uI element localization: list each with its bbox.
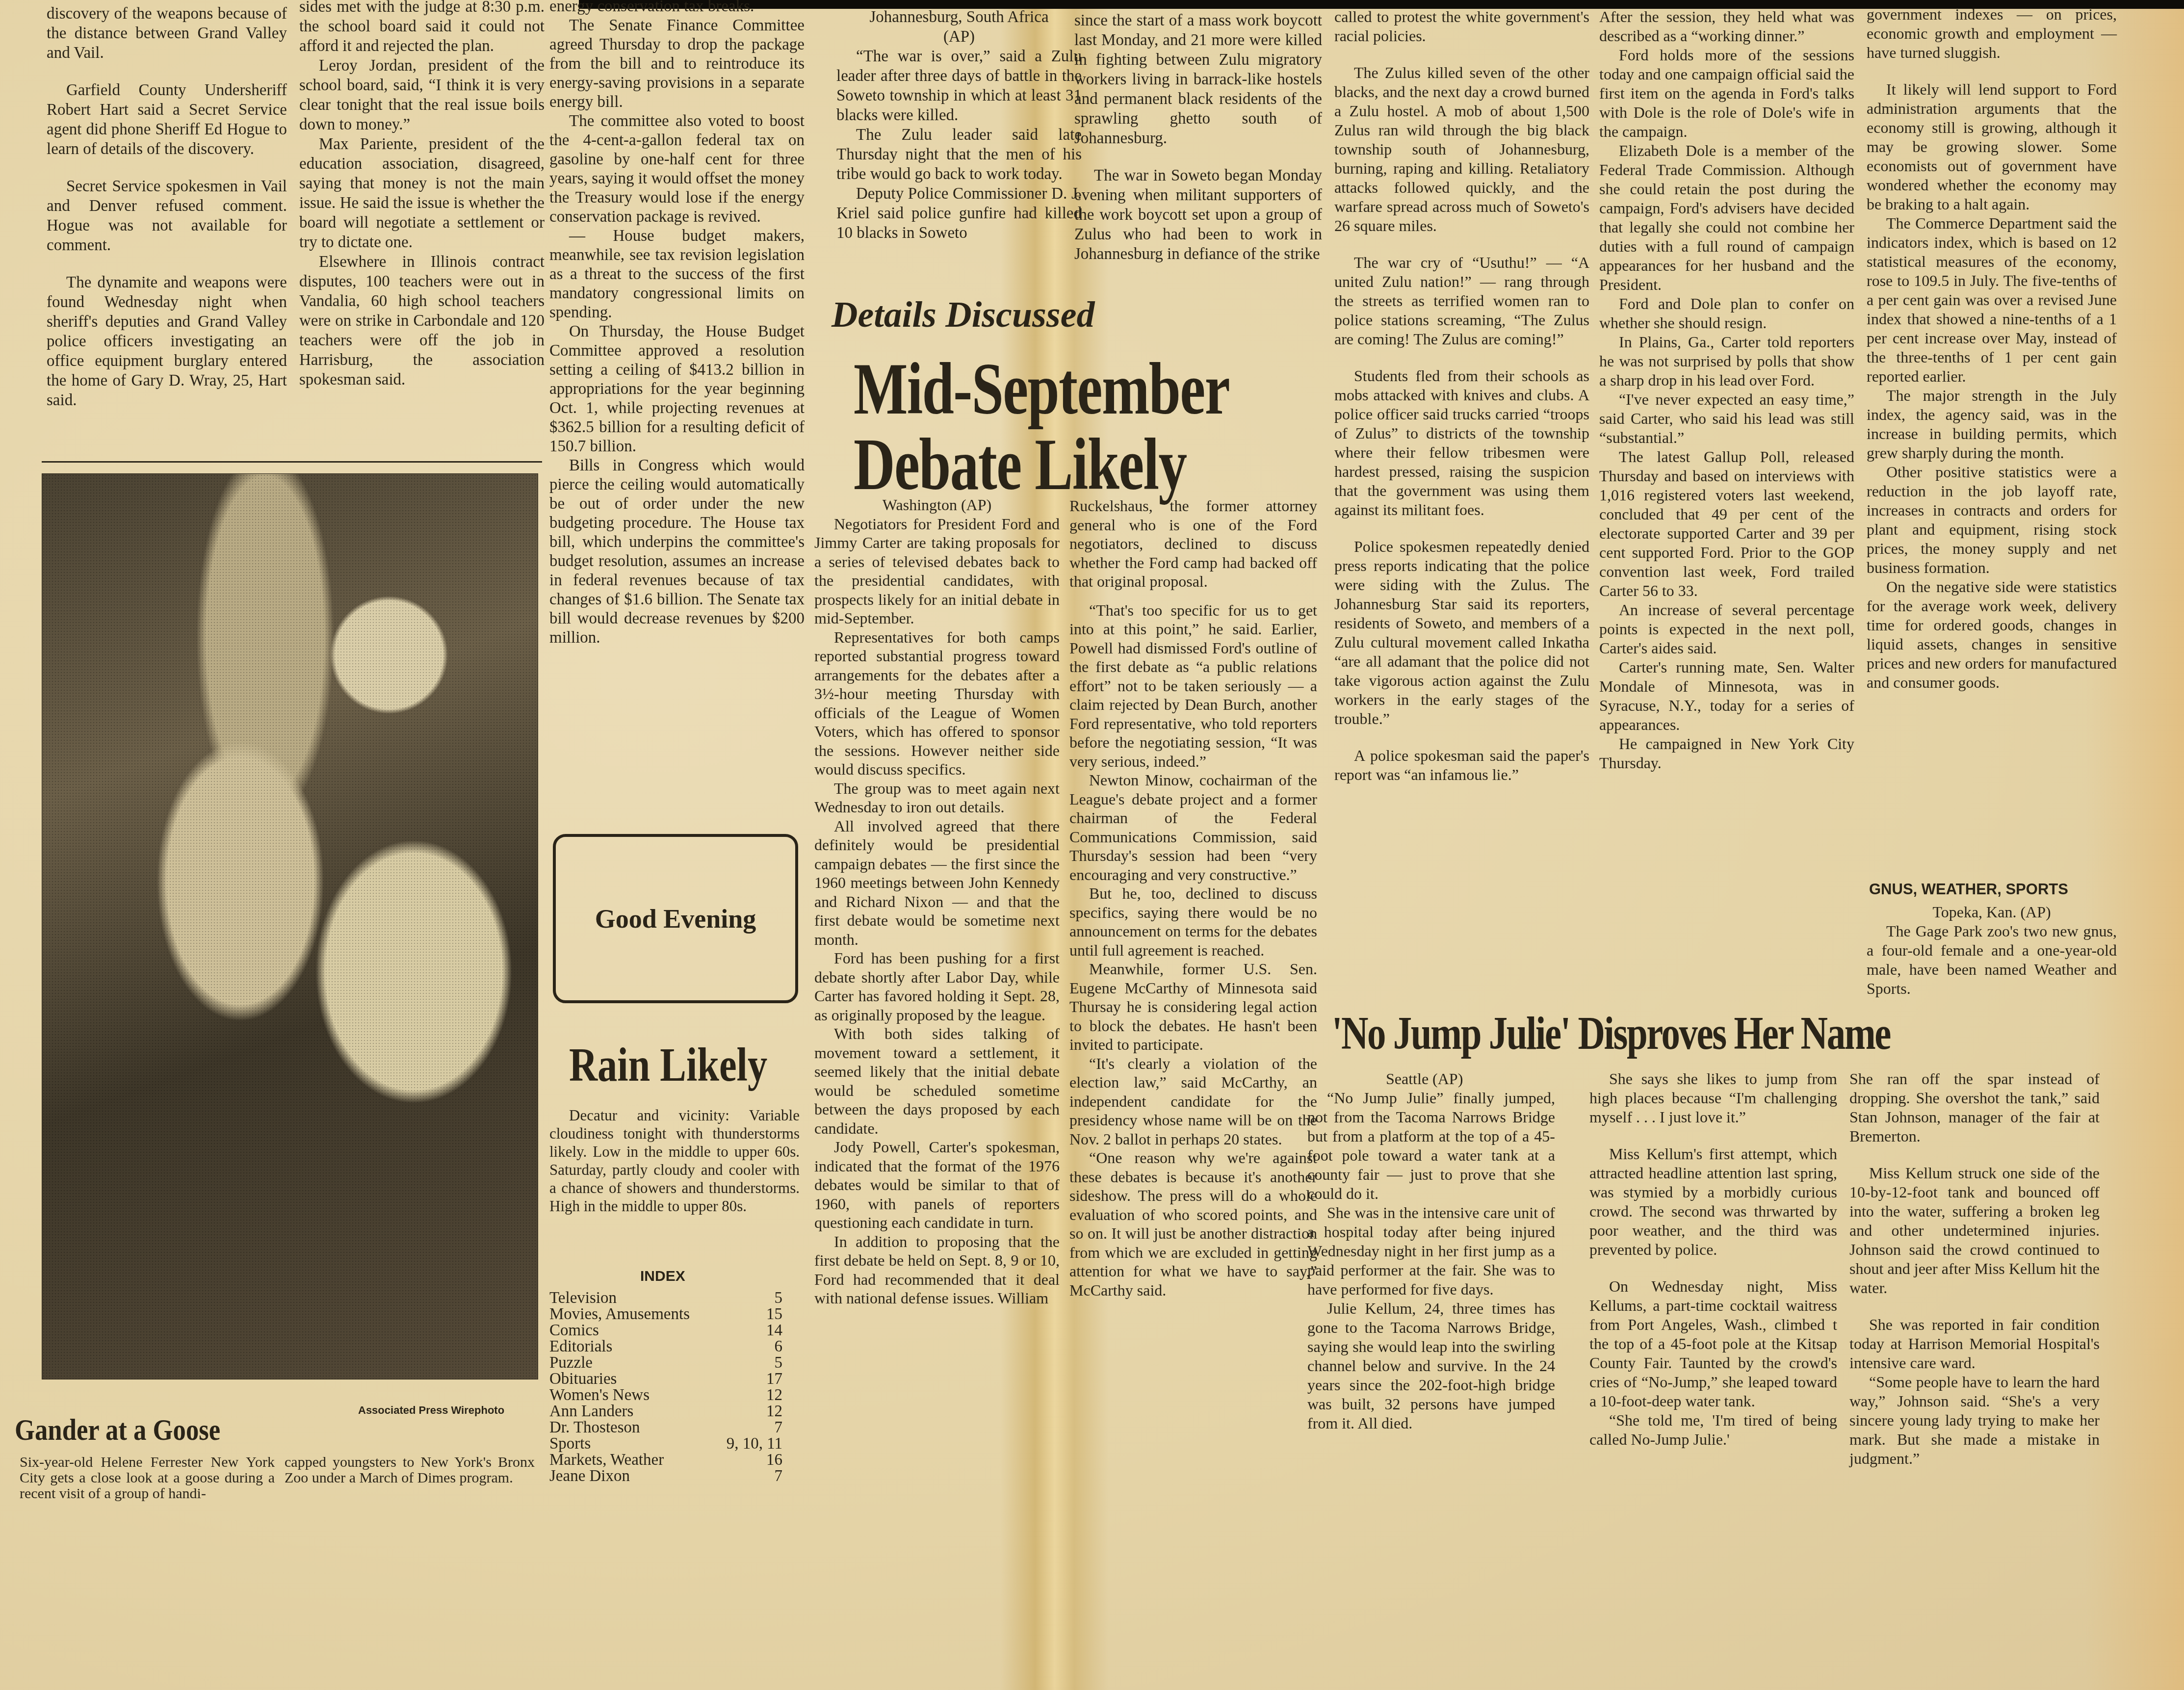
column-vail-weapons: discovery of the weapons because of the … — [47, 4, 287, 410]
weather-forecast: Decatur and vicinity: Variable cloudines… — [549, 1106, 800, 1215]
photo-credit: Associated Press Wirephoto — [358, 1404, 504, 1417]
index-item-television: Television5 — [549, 1290, 782, 1306]
goose-photo — [42, 473, 538, 1379]
paragraph: Max Pariente, president of the education… — [299, 134, 545, 252]
paragraph: On Thursday, the House Budget Committee … — [549, 322, 805, 456]
index-item-womens-news: Women's News12 — [549, 1387, 782, 1404]
paragraph: — House budget makers, meanwhile, see ta… — [549, 227, 805, 322]
paragraph: Jody Powell, Carter's spokesman, indicat… — [814, 1138, 1060, 1232]
divider-rule — [42, 461, 542, 463]
paragraph: Meanwhile, former U.S. Sen. Eugene McCar… — [1069, 960, 1317, 1054]
paragraph: “No Jump Julie” finally jumped, not from… — [1307, 1089, 1555, 1203]
index-title: INDEX — [640, 1268, 685, 1285]
paragraph: With both sides talking of movement towa… — [814, 1024, 1060, 1138]
caption-text: capped youngsters to New York's Bronx Zo… — [285, 1455, 535, 1486]
index-list: Television5 Movies, Amusements15 Comics1… — [549, 1290, 782, 1484]
paragraph: The war cry of “Usuthu!” — “A united Zul… — [1334, 253, 1589, 349]
paragraph: Garfield County Undersheriff Robert Hart… — [47, 80, 287, 159]
zulu-story-col-a: Johannesburg, South Africa (AP) “The war… — [836, 7, 1082, 243]
paragraph: Secret Service spokesmen in Vail and Den… — [47, 177, 287, 255]
column-dole-carter: After the session, they held what was de… — [1599, 7, 1854, 773]
paragraph: government indexes — on prices, economic… — [1867, 5, 2117, 62]
paragraph: A police spokesman said the paper's repo… — [1334, 746, 1589, 784]
index-item-comics: Comics14 — [549, 1323, 782, 1339]
julie-story-col-a: Seattle (AP) “No Jump Julie” finally jum… — [1307, 1069, 1555, 1433]
paragraph: since the start of a mass work boycott l… — [1074, 11, 1322, 148]
paragraph: She was in the intensive care unit of a … — [1307, 1203, 1555, 1299]
julie-headline: 'No Jump Julie' Disproves Her Name — [1332, 1006, 1890, 1060]
paragraph: Miss Kellum struck one side of the 10-by… — [1849, 1164, 2100, 1298]
gnus-headline: GNUS, WEATHER, SPORTS — [1869, 881, 2068, 898]
debate-kicker: Details Discussed — [832, 294, 1095, 336]
debate-headline-line1: Mid-September — [854, 352, 1229, 426]
julie-story-col-c: She ran off the spar instead of dropping… — [1849, 1069, 2100, 1468]
paragraph: discovery of the weapons because of the … — [47, 4, 287, 63]
paragraph: Elizabeth Dole is a member of the Federa… — [1599, 141, 1854, 294]
paragraph: An increase of several percentage points… — [1599, 600, 1854, 658]
index-item-sports: Sports9, 10, 11 — [549, 1436, 782, 1452]
paragraph: The dynamite and weapons were found Wedn… — [47, 273, 287, 410]
photo-headline: Gander at a Goose — [15, 1413, 220, 1448]
index-item-editorials: Editorials6 — [549, 1339, 782, 1355]
paragraph: In Plains, Ga., Carter told reporters he… — [1599, 333, 1854, 390]
paragraph: In addition to proposing that the first … — [814, 1232, 1060, 1308]
paragraph: “I've never expected an easy time,” said… — [1599, 390, 1854, 447]
gnus-dateline: Topeka, Kan. (AP) — [1867, 903, 2117, 922]
debate-story-col-b: Ruckelshaus, the former attorney general… — [1069, 496, 1317, 1300]
paragraph: “It's clearly a violation of the electio… — [1069, 1054, 1317, 1149]
paragraph: “She told me, 'I'm tired of being called… — [1589, 1411, 1837, 1449]
forecast-text: Decatur and vicinity: Variable cloudines… — [549, 1106, 800, 1215]
index-item-dr-thosteson: Dr. Thosteson7 — [549, 1420, 782, 1436]
zulu-story-col-b: since the start of a mass work boycott l… — [1074, 11, 1322, 264]
weather-headline: Rain Likely — [569, 1038, 767, 1092]
good-evening-box: Good Evening — [553, 834, 798, 1003]
paragraph: She says she likes to jump from high pla… — [1589, 1069, 1837, 1127]
paragraph: But he, too, declined to discuss specifi… — [1069, 884, 1317, 960]
paragraph: On the negative side were statistics for… — [1867, 577, 2117, 692]
photo-caption-left: Six-year-old Helene Ferrester New York C… — [20, 1455, 275, 1502]
debate-story-col-a: Washington (AP) Negotiators for Presiden… — [814, 495, 1060, 1308]
good-evening-label: Good Evening — [595, 904, 756, 934]
paragraph: Newton Minow, cochairman of the League's… — [1069, 771, 1317, 884]
gnus-story: Topeka, Kan. (AP) The Gage Park zoo's tw… — [1867, 903, 2117, 998]
paragraph: It likely will lend support to Ford admi… — [1867, 80, 2117, 214]
paragraph: energy conservation tax breaks. — [549, 0, 805, 16]
paragraph: “One reason why we're against these deba… — [1069, 1148, 1317, 1300]
paragraph: called to protest the white government's… — [1334, 7, 1589, 46]
paragraph: Representatives for both camps reported … — [814, 628, 1060, 779]
paragraph: She ran off the spar instead of dropping… — [1849, 1069, 2100, 1146]
paragraph: Ford holds more of the sessions today an… — [1599, 46, 1854, 141]
index-item-ann-landers: Ann Landers12 — [549, 1404, 782, 1420]
paragraph: The Gage Park zoo's two new gnus, a four… — [1867, 922, 2117, 998]
julie-dateline: Seattle (AP) — [1307, 1069, 1555, 1089]
paragraph: The committee also voted to boost the 4-… — [549, 112, 805, 227]
paragraph: Deputy Police Commissioner D. J. Kriel s… — [836, 184, 1082, 243]
paragraph: Police spokesmen repeatedly denied press… — [1334, 537, 1589, 728]
debate-headline-line2: Debate Likely — [854, 428, 1186, 501]
paragraph: The group was to meet again next Wednesd… — [814, 779, 1060, 817]
paragraph: Leroy Jordan, president of the school bo… — [299, 56, 545, 134]
index-item-movies: Movies, Amusements15 — [549, 1306, 782, 1323]
paragraph: The Senate Finance Committee agreed Thur… — [549, 16, 805, 112]
paragraph: Ford and Dole plan to confer on whether … — [1599, 294, 1854, 333]
paragraph: Julie Kellum, 24, three times has gone t… — [1307, 1299, 1555, 1433]
column-economy: government indexes — on prices, economic… — [1867, 5, 2117, 692]
paragraph: Students fled from their schools as mobs… — [1334, 366, 1589, 520]
index-item-jeane-dixon: Jeane Dixon7 — [549, 1468, 782, 1484]
paragraph: Bills in Congress which would pierce the… — [549, 456, 805, 648]
caption-text: Six-year-old Helene Ferrester New York C… — [20, 1455, 275, 1502]
paragraph: “That's too specific for us to get into … — [1069, 601, 1317, 771]
paragraph: On Wednesday night, Miss Kellums, a part… — [1589, 1277, 1837, 1411]
paragraph: Ruckelshaus, the former attorney general… — [1069, 496, 1317, 591]
paragraph: sides met with the judge at 8:30 p.m. th… — [299, 0, 545, 56]
paragraph: “Some people have to learn the hard way,… — [1849, 1373, 2100, 1468]
julie-story-col-b: She says she likes to jump from high pla… — [1589, 1069, 1837, 1449]
paragraph: The Zulus killed seven of the other blac… — [1334, 63, 1589, 235]
photo-caption-right: capped youngsters to New York's Bronx Zo… — [285, 1455, 535, 1486]
paragraph: He campaigned in New York City Thursday. — [1599, 734, 1854, 773]
paragraph: All involved agreed that there definitel… — [814, 817, 1060, 949]
paragraph: She was reported in fair condition today… — [1849, 1315, 2100, 1373]
index-item-puzzle: Puzzle5 — [549, 1355, 782, 1371]
paragraph: After the session, they held what was de… — [1599, 7, 1854, 46]
paragraph: The latest Gallup Poll, released Thursda… — [1599, 447, 1854, 600]
paragraph: The Zulu leader said late Thursday night… — [836, 125, 1082, 184]
paragraph: Miss Kellum's first attempt, which attra… — [1589, 1144, 1837, 1259]
paragraph: The Commerce Department said the indicat… — [1867, 214, 2117, 386]
paragraph: “The war is over,” said a Zulu leader af… — [836, 47, 1082, 125]
index-item-markets-weather: Markets, Weather16 — [549, 1452, 782, 1468]
index-item-obituaries: Obituaries17 — [549, 1371, 782, 1387]
paragraph: The major strength in the July index, th… — [1867, 386, 2117, 463]
zulu-dateline: Johannesburg, South Africa (AP) — [836, 7, 1082, 47]
paragraph: Negotiators for President Ford and Jimmy… — [814, 515, 1060, 628]
paragraph: Other positive statistics were a reducti… — [1867, 463, 2117, 577]
debate-dateline: Washington (AP) — [814, 495, 1060, 515]
paragraph: Elsewhere in Illinois contract disputes,… — [299, 252, 545, 390]
column-tax-bill: energy conservation tax breaks. The Sena… — [549, 0, 805, 648]
paragraph: The war in Soweto began Monday evening w… — [1074, 166, 1322, 264]
paragraph: Ford has been pushing for a first debate… — [814, 949, 1060, 1024]
paragraph: Carter's running mate, Sen. Walter Monda… — [1599, 658, 1854, 734]
column-teachers-strike: sides met with the judge at 8:30 p.m. th… — [299, 0, 545, 390]
zulu-story-col-c: called to protest the white government's… — [1334, 7, 1589, 784]
